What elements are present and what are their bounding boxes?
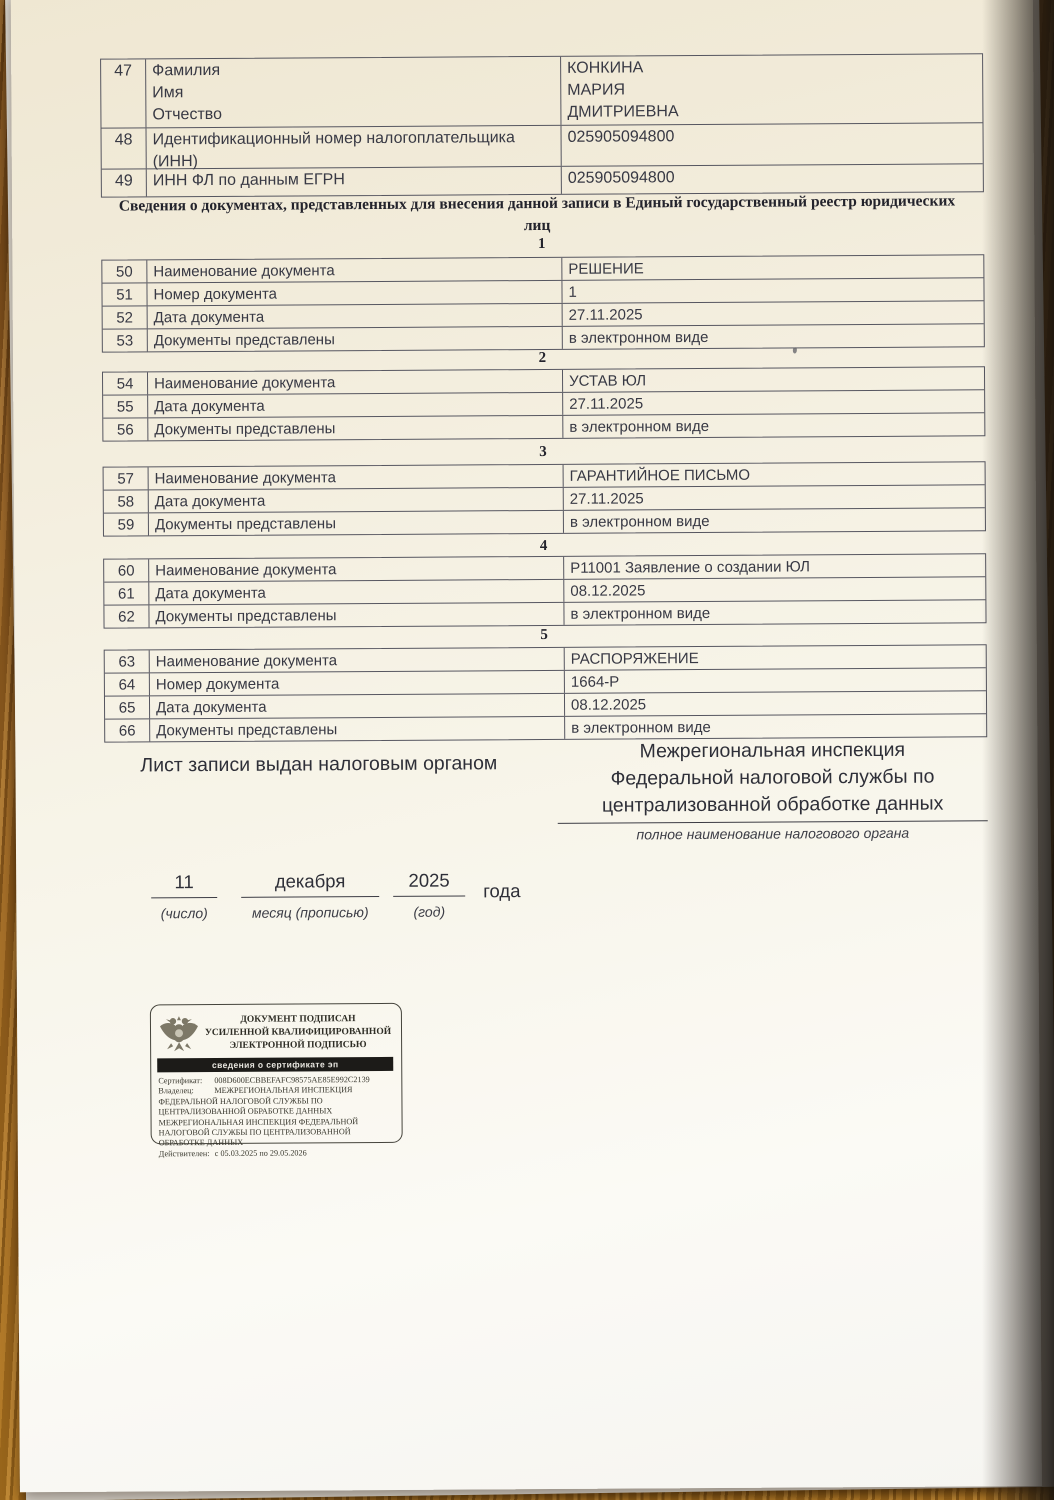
row-value: 27.11.2025 xyxy=(562,301,984,326)
stamp-title-line: УСИЛЕННОЙ КВАЛИФИЦИРОВАННОЙ xyxy=(203,1026,393,1040)
row-value: ГАРАНТИЙНОЕ ПИСЬМО xyxy=(563,462,985,487)
value-line: ДМИТРИЕВНА xyxy=(567,99,976,123)
row-number: 66 xyxy=(105,719,149,741)
row-number: 55 xyxy=(103,395,147,417)
org-name-line: Федеральной налоговой службы по xyxy=(557,763,987,793)
row-number: 62 xyxy=(104,605,148,627)
row-label: Наименование документа xyxy=(146,258,561,283)
label-line: ИНН ФЛ по данным ЕГРН xyxy=(153,168,555,192)
document-table-2: 54 Наименование документа УСТАВ ЮЛ 55 Да… xyxy=(102,366,985,441)
row-label: Документы представлены xyxy=(149,717,564,742)
row-number: 51 xyxy=(102,283,146,305)
certificate-number-row: Сертификат: 008D600ECBBEFAFC98575AE85E99… xyxy=(158,1075,394,1087)
date-month: декабря xyxy=(241,870,379,898)
row-number: 57 xyxy=(104,467,148,489)
certificate-details: Сертификат: 008D600ECBBEFAFC98575AE85E99… xyxy=(158,1075,395,1160)
section-header: Сведения о документах, представленных дл… xyxy=(92,190,982,239)
row-value: в электронном виде xyxy=(562,413,984,438)
value-line: КОНКИНА xyxy=(567,55,976,79)
validity-label: Действителен: xyxy=(159,1149,215,1160)
row-label: ИНН ФЛ по данным ЕГРН xyxy=(146,167,561,197)
row-value: УСТАВ ЮЛ xyxy=(562,367,984,392)
coat-of-arms-icon xyxy=(157,1010,201,1056)
label-line: Имя xyxy=(152,80,554,104)
row-number: 60 xyxy=(104,559,148,581)
row-label: Наименование документа xyxy=(148,465,563,490)
row-label: Документы представлены xyxy=(148,511,563,536)
label-line: Отчество xyxy=(152,102,554,126)
stamp-title-line: ЭЛЕКТРОННОЙ ПОДПИСЬЮ xyxy=(203,1039,393,1053)
table-row: 48 Идентификационный номер налогоплатель… xyxy=(101,122,982,168)
row-label: Дата документа xyxy=(149,694,564,719)
org-caption: полное наименование налогового органа xyxy=(558,824,988,843)
date-suffix: года xyxy=(483,880,520,902)
row-value: 08.12.2025 xyxy=(563,577,985,602)
row-label: Наименование документа xyxy=(148,557,563,582)
row-number: 56 xyxy=(103,418,147,440)
owner-label: Владелец: xyxy=(158,1086,214,1097)
document-content: 47 Фамилия Имя Отчество КОНКИНА МАРИЯ ДМ… xyxy=(0,0,1054,1500)
row-value: в электронном виде xyxy=(564,714,986,739)
row-value: РЕШЕНИЕ xyxy=(561,255,983,280)
row-label: Дата документа xyxy=(148,488,563,513)
row-label: Идентификационный номер налогоплательщик… xyxy=(146,126,561,169)
person-table: 47 Фамилия Имя Отчество КОНКИНА МАРИЯ ДМ… xyxy=(100,53,984,197)
row-label: Документы представлены xyxy=(148,603,563,628)
date-day: 11 xyxy=(151,871,217,898)
date-year-caption: (год) xyxy=(389,903,469,919)
row-value: 1 xyxy=(561,278,983,303)
row-value: Р11001 Заявление о создании ЮЛ xyxy=(563,554,985,579)
row-number: 65 xyxy=(105,696,149,718)
org-name-line: централизованной обработке данных xyxy=(558,790,988,820)
row-value: 1664-Р xyxy=(564,668,986,693)
row-label: Номер документа xyxy=(146,281,561,306)
row-label: Дата документа xyxy=(147,393,562,418)
stamp-title: ДОКУМЕНТ ПОДПИСАН УСИЛЕННОЙ КВАЛИФИЦИРОВ… xyxy=(203,1013,393,1053)
certificate-label: Сертификат: xyxy=(158,1076,214,1087)
row-value: 025905094800 xyxy=(561,164,983,194)
row-number: 63 xyxy=(105,650,149,672)
row-number: 54 xyxy=(103,372,147,394)
row-value: 27.11.2025 xyxy=(563,485,985,510)
owner-value-first: МЕЖРЕГИОНАЛЬНАЯ ИНСПЕКЦИЯ xyxy=(214,1086,352,1097)
table-row: 47 Фамилия Имя Отчество КОНКИНА МАРИЯ ДМ… xyxy=(101,54,982,127)
row-label: Фамилия Имя Отчество xyxy=(145,57,560,128)
row-value: КОНКИНА МАРИЯ ДМИТРИЕВНА xyxy=(560,54,982,125)
row-value: 025905094800 xyxy=(560,123,982,166)
row-value: в электронном виде xyxy=(563,600,985,625)
validity-value: с 05.03.2025 по 29.05.2026 xyxy=(215,1148,307,1159)
label-line: Идентификационный номер налогоплательщик… xyxy=(153,127,555,151)
row-number: 50 xyxy=(102,260,146,282)
row-value: РАСПОРЯЖЕНИЕ xyxy=(564,645,986,670)
row-number: 53 xyxy=(103,329,147,351)
row-label: Дата документа xyxy=(147,304,562,329)
row-number: 59 xyxy=(104,513,148,535)
row-number: 64 xyxy=(105,673,149,695)
value-line: 025905094800 xyxy=(568,165,977,189)
row-value: в электронном виде xyxy=(562,324,984,349)
digital-signature-stamp: ДОКУМЕНТ ПОДПИСАН УСИЛЕННОЙ КВАЛИФИЦИРОВ… xyxy=(150,1003,403,1145)
row-label: Наименование документа xyxy=(147,370,562,395)
document-table-1: 50 Наименование документа РЕШЕНИЕ 51 Ном… xyxy=(101,254,985,352)
row-number: 47 xyxy=(101,59,145,127)
date-day-caption: (число) xyxy=(141,905,227,922)
owner-value-rest: ФЕДЕРАЛЬНОЙ НАЛОГОВОЙ СЛУЖБЫ ПО ЦЕНТРАЛИ… xyxy=(158,1096,394,1149)
row-value: в электронном виде xyxy=(563,508,985,533)
tax-authority-name: Межрегиональная инспекция Федеральной на… xyxy=(557,736,988,824)
row-number: 61 xyxy=(104,582,148,604)
document-table-3: 57 Наименование документа ГАРАНТИЙНОЕ ПИ… xyxy=(103,461,986,536)
document-index: 3 xyxy=(102,441,983,463)
row-label: Документы представлены xyxy=(147,327,562,352)
row-label: Наименование документа xyxy=(149,648,564,673)
org-name-line: Межрегиональная инспекция xyxy=(557,736,987,766)
row-number: 48 xyxy=(102,128,146,168)
row-label: Документы представлены xyxy=(147,416,562,441)
photo-of-document: 47 Фамилия Имя Отчество КОНКИНА МАРИЯ ДМ… xyxy=(0,0,1054,1500)
row-number: 58 xyxy=(104,490,148,512)
document-table-5: 63 Наименование документа РАСПОРЯЖЕНИЕ 6… xyxy=(104,644,988,742)
issued-by-text: Лист записи выдан налоговым органом xyxy=(140,752,497,777)
row-label: Дата документа xyxy=(148,580,563,605)
document-table-4: 60 Наименование документа Р11001 Заявлен… xyxy=(103,553,986,628)
date-month-caption: месяц (прописью) xyxy=(233,904,387,921)
value-line: 025905094800 xyxy=(567,124,976,148)
validity-row: Действителен: с 05.03.2025 по 29.05.2026 xyxy=(159,1148,395,1160)
row-number: 49 xyxy=(102,169,146,196)
certificate-info-bar: сведения о сертификате эп xyxy=(157,1057,393,1072)
row-value: 27.11.2025 xyxy=(562,390,984,415)
value-line: МАРИЯ xyxy=(567,77,976,101)
date-year: 2025 xyxy=(393,869,465,896)
row-value: 08.12.2025 xyxy=(564,691,986,716)
stamp-title-line: ДОКУМЕНТ ПОДПИСАН xyxy=(203,1013,393,1027)
row-number: 52 xyxy=(103,306,147,328)
row-label: Номер документа xyxy=(149,671,564,696)
label-line: Фамилия xyxy=(152,58,554,82)
